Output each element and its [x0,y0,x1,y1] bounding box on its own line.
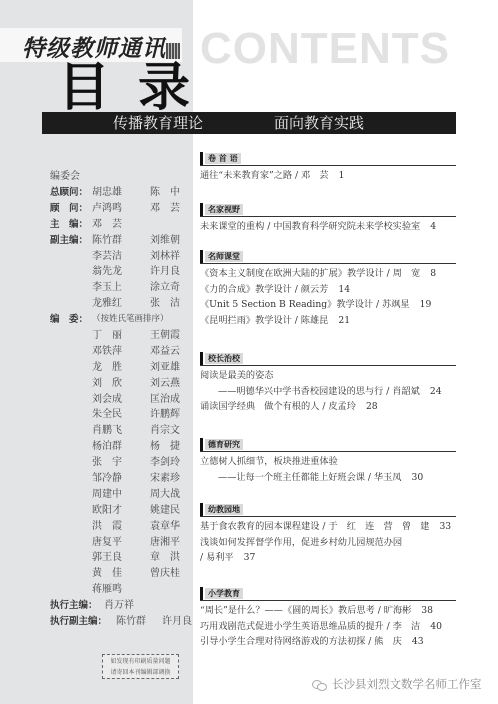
committee-member-name: 朱全民 [92,407,150,423]
committee-role [50,503,92,519]
committee-role [50,407,92,423]
committee-role [50,487,92,503]
page-number: 30 [412,472,424,483]
committee-member-name: 黄 佳 [92,566,150,582]
section-header: 德育研究 [200,438,456,452]
toc-entry[interactable]: 浅谈如何发挥督学作用，促进乡村幼儿园规范办园 [200,535,456,551]
committee-member-name: 李芸洁 [92,249,150,265]
committee-role: 主 编： [50,217,92,233]
entry-title: 基于食农教育的园本课程建设 / 于 红 连 营 曾 建 [200,521,429,532]
committee-member-name: 许鹏辉 [150,407,190,423]
entry-title: 《力的合成》教学设计 / 颜云芳 [200,284,328,295]
committee-row: 编 委：（按姓氏笔画排序） [50,312,208,328]
committee-role [50,360,92,376]
toc-entry[interactable]: 基于食农教育的园本课程建设 / 于 红 连 营 曾 建33 [200,519,456,535]
committee-role [50,249,92,265]
committee-role [50,582,92,598]
section-marker-icon [200,503,203,516]
committee-row: 杨泊群杨 捷 [50,439,208,455]
notice-line: 如发现有印刷质量问题 [106,656,175,667]
entry-title: 未来课堂的重构 / 中国教育科学研究院未来学校实验室 [200,221,420,232]
toc-entry[interactable]: 立德树人抓细节，板块推进重体验 [200,454,456,470]
toc-section: 小学教育“周长”是什么？——《圆的周长》教后思考 / 旷海彬38巧用戏剧范式促进… [200,587,456,650]
toc-entry[interactable]: 阅读是最美的姿态 [200,368,456,384]
committee-member-name: 丁 丽 [92,328,150,344]
committee-row: 邓铁萍邓益云 [50,344,208,360]
committee-role [50,423,92,439]
slogan-bar [42,112,456,134]
committee-role: 总顾问： [50,185,92,201]
toc-entry[interactable]: / 易利平37 [200,550,456,566]
committee-member-name: 邓铁萍 [92,344,150,360]
section-label: 德育研究 [205,439,243,450]
committee-member-name: 陈竹群 [116,614,162,630]
slogan-right: 面向教育实践 [274,113,364,133]
committee-row: 刘会成匡治成 [50,392,208,408]
entry-title: “周长”是什么？——《圆的周长》教后思考 / 旷海彬 [200,605,411,616]
committee-member-name: 龙 胜 [92,360,150,376]
section-marker-icon [200,250,203,263]
committee-member-name: 陈 中 [150,185,190,201]
toc-entry[interactable]: ——明德华兴中学书香校园建设的思与行 / 肖韶斌24 [200,384,456,400]
committee-member-name: 李剑玲 [150,455,190,471]
committee-row: 龙雅红张 洁 [50,296,208,312]
page-number: 33 [439,521,451,532]
section-label: 幼教园地 [205,504,243,515]
section-label: 小学教育 [205,588,243,599]
section-header: 卷 首 语 [200,152,456,166]
section-header: 幼教园地 [200,503,456,517]
section-label: 卷 首 语 [205,153,241,164]
entry-title: 浅谈如何发挥督学作用，促进乡村幼儿园规范办园 [200,537,402,548]
committee-member-name: 刘会成 [92,392,150,408]
toc-entry[interactable]: 巧用戏剧范式促进小学生英语思维品质的提升 / 李 洁40 [200,619,456,635]
toc-entry[interactable]: 引导小学生合理对待网络游戏的方法初探 / 熊 庆43 [200,634,456,650]
toc-section: 名师课堂《资本主义制度在欧洲大陆的扩展》教学设计 / 周 宽8《力的合成》教学设… [200,250,456,328]
committee-row: 黄 佳曾庆桂 [50,566,208,582]
toc-entry[interactable]: 未来课堂的重构 / 中国教育科学研究院未来学校实验室4 [200,219,456,235]
toc-entry[interactable]: 通往“未来教育家”之路 / 邓 芸1 [200,168,456,184]
committee-member-name: 肖鹏飞 [92,423,150,439]
contents-heading: CONTENTS [200,24,450,74]
committee-member-name: 唐湘平 [150,535,190,551]
committee-member-name: 翁先龙 [92,264,150,280]
committee-note: （按姓氏笔画排序） [92,312,169,328]
committee-member-name: 涂立奇 [150,280,190,296]
section-marker-icon [200,352,203,365]
committee-row: 邹冷静宋素珍 [50,471,208,487]
committee-row: 朱全民许鹏辉 [50,407,208,423]
committee-row: 顾 问：卢鸿鸣邓 芸 [50,201,208,217]
page-number: 21 [338,315,350,326]
committee-member-name: 陈竹群 [92,233,150,249]
committee-row: 李芸洁刘林祥 [50,249,208,265]
committee-member-name: 宋素珍 [150,471,190,487]
committee-role: 副主编： [50,233,92,249]
committee-role [50,392,92,408]
committee-role [50,519,92,535]
entry-title: 诵读国学经典 做个有根的人 / 皮孟玲 [200,401,356,412]
committee-role: 顾 问： [50,201,92,217]
committee-row: 龙 胜刘亚雄 [50,360,208,376]
wechat-icon [312,679,326,690]
committee-member-name: 郭王良 [92,550,150,566]
entry-title: 引导小学生合理对待网络游戏的方法初探 / 熊 庆 [200,636,402,647]
slogan-left: 传播教育理论 [113,113,203,133]
committee-role [50,376,92,392]
section-header: 名家视野 [200,203,456,217]
committee-heading: 编委会 [50,167,80,182]
page-number: 40 [430,621,442,632]
entry-title: 巧用戏剧范式促进小学生英语思维品质的提升 / 李 洁 [200,621,420,632]
committee-row: 唐复平唐湘平 [50,535,208,551]
committee-role [50,455,92,471]
committee-member-name: 袁章华 [150,519,190,535]
entry-title: 《Unit 5 Section B Reading》教学设计 / 苏飒星 [200,299,410,310]
committee-row: 郭王良章 洪 [50,550,208,566]
committee-member-name: 龙雅红 [92,296,150,312]
committee-member-name: 邹冷静 [92,471,150,487]
committee-row: 翁先龙许月良 [50,264,208,280]
committee-member-name: 欧阳才 [92,503,150,519]
committee-member-name: 周大战 [150,487,190,503]
committee-member-name: 刘亚雄 [150,360,190,376]
notice-line: 请寄回本刊编辑部调换 [106,667,175,678]
entry-title: ——让每一个班主任都能上好班会课 / 华玉凤 [218,472,402,483]
committee-member-name: 许月良 [150,264,190,280]
section-label: 校长治校 [205,353,243,364]
committee-row: 执行主编：肖万祥 [50,598,208,614]
committee-member-name: 匡治成 [150,392,190,408]
committee-member-name: 刘 欣 [92,376,150,392]
committee-member-name: 邓 芸 [150,201,190,217]
qr-code-icon [166,43,180,59]
watermark-text: 长沙县刘烈文数学名师工作室 [332,676,482,692]
committee-member-name: 杨泊群 [92,439,150,455]
committee-row: 周建中周大战 [50,487,208,503]
section-marker-icon [200,152,203,165]
committee-role [50,344,92,360]
committee-row: 张 宇李剑玲 [50,455,208,471]
toc-section: 幼教园地基于食农教育的园本课程建设 / 于 红 连 营 曾 建33浅谈如何发挥督… [200,503,456,566]
committee-row: 执行副主编：陈竹群许月良 [50,614,208,630]
committee-member-name: 章 洪 [150,550,190,566]
page-number: 28 [366,401,378,412]
committee-role [50,550,92,566]
entry-title: 立德树人抓细节，板块推进重体验 [200,456,338,467]
committee-role: 编 委： [50,312,92,328]
committee-member-name: 洪 霞 [92,519,150,535]
section-label: 名家视野 [205,204,243,215]
committee-role [50,296,92,312]
section-header: 小学教育 [200,587,456,601]
entry-title: 阅读是最美的姿态 [200,370,274,381]
toc-entry[interactable]: 《资本主义制度在欧洲大陆的扩展》教学设计 / 周 宽8 [200,266,456,282]
committee-role: 执行副主编： [50,614,116,630]
page-number: 1 [339,170,345,181]
committee-member-name: 肖万祥 [104,598,150,614]
toc-entry[interactable]: ——让每一个班主任都能上好班会课 / 华玉凤30 [200,470,456,486]
committee-row: 丁 丽王朝霞 [50,328,208,344]
committee-role: 执行主编： [50,598,104,614]
committee-row: 主 编：邓 芸 [50,217,208,233]
page-number: 14 [338,284,350,295]
committee-role [50,566,92,582]
committee-member-name: 曾庆桂 [150,566,190,582]
page-number: 43 [412,636,424,647]
committee-member-name: 邓 芸 [92,217,150,233]
page-number: 4 [430,221,436,232]
committee-member-name: 张 宇 [92,455,150,471]
page-number: 8 [430,268,436,279]
committee-row: 总顾问：胡忠雄陈 中 [50,185,208,201]
page-number: 38 [421,605,433,616]
committee-row: 刘 欣刘云燕 [50,376,208,392]
committee-role [50,264,92,280]
toc-entry[interactable]: 《力的合成》教学设计 / 颜云芳14 [200,282,456,298]
committee-list: 总顾问：胡忠雄陈 中顾 问：卢鸿鸣邓 芸主 编：邓 芸副主编：陈竹群刘维朝李芸洁… [50,185,208,630]
committee-role [50,328,92,344]
committee-row: 洪 霞袁章华 [50,519,208,535]
toc-section: 名家视野未来课堂的重构 / 中国教育科学研究院未来学校实验室4 [200,203,456,235]
committee-member-name: 周建中 [92,487,150,503]
committee-member-name: 蒋雁鸣 [92,582,150,598]
committee-role [50,280,92,296]
page-number: 24 [430,386,442,397]
toc-entry[interactable]: 诵读国学经典 做个有根的人 / 皮孟玲28 [200,399,456,415]
section-marker-icon [200,587,203,600]
committee-row: 肖鹏飞肖宗文 [50,423,208,439]
toc-section: 卷 首 语通往“未来教育家”之路 / 邓 芸1 [200,152,456,184]
entry-title: 通往“未来教育家”之路 / 邓 芸 [200,170,329,181]
section-header: 校长治校 [200,352,456,366]
section-marker-icon [200,438,203,451]
toc-entry[interactable]: 《昆明拦雨》教学设计 / 陈雄昆21 [200,313,456,329]
toc-section: 校长治校阅读是最美的姿态——明德华兴中学书香校园建设的思与行 / 肖韶斌24诵读… [200,352,456,415]
committee-row: 欧阳才姚建民 [50,503,208,519]
committee-role [50,439,92,455]
section-marker-icon [200,203,203,216]
entry-title: 《昆明拦雨》教学设计 / 陈雄昆 [200,315,328,326]
entry-title: ——明德华兴中学书香校园建设的思与行 / 肖韶斌 [218,386,420,397]
section-header: 名师课堂 [200,250,456,264]
committee-row: 蒋雁鸣 [50,582,208,598]
watermark: 长沙县刘烈文数学名师工作室 [312,676,482,692]
committee-member-name: 胡忠雄 [92,185,150,201]
entry-title: / 易利平 [200,552,234,563]
committee-member-name: 邓益云 [150,344,190,360]
section-label: 名师课堂 [205,251,243,262]
entry-title: 《资本主义制度在欧洲大陆的扩展》教学设计 / 周 宽 [200,268,420,279]
committee-member-name: 刘维朝 [150,233,190,249]
committee-member-name: 卢鸿鸣 [92,201,150,217]
committee-member-name: 王朝霞 [150,328,190,344]
committee-member-name: 李玉上 [92,280,150,296]
committee-role [50,471,92,487]
toc-entry[interactable]: 《Unit 5 Section B Reading》教学设计 / 苏飒星19 [200,297,456,313]
toc-entry[interactable]: “周长”是什么？——《圆的周长》教后思考 / 旷海彬38 [200,603,456,619]
page-title: 目录 [58,60,218,116]
print-notice: 如发现有印刷质量问题 请寄回本刊编辑部调换 [102,654,179,679]
committee-member-name: 刘云燕 [150,376,190,392]
committee-member-name: 刘林祥 [150,249,190,265]
committee-role [50,535,92,551]
committee-member-name: 张 洁 [150,296,190,312]
committee-row: 李玉上涂立奇 [50,280,208,296]
committee-member-name: 姚建民 [150,503,190,519]
page-number: 19 [420,299,432,310]
committee-row: 副主编：陈竹群刘维朝 [50,233,208,249]
committee-member-name: 肖宗文 [150,423,190,439]
toc-section: 德育研究立德树人抓细节，板块推进重体验——让每一个班主任都能上好班会课 / 华玉… [200,438,456,485]
committee-member-name: 杨 捷 [150,439,190,455]
page-number: 37 [244,552,256,563]
committee-member-name: 唐复平 [92,535,150,551]
